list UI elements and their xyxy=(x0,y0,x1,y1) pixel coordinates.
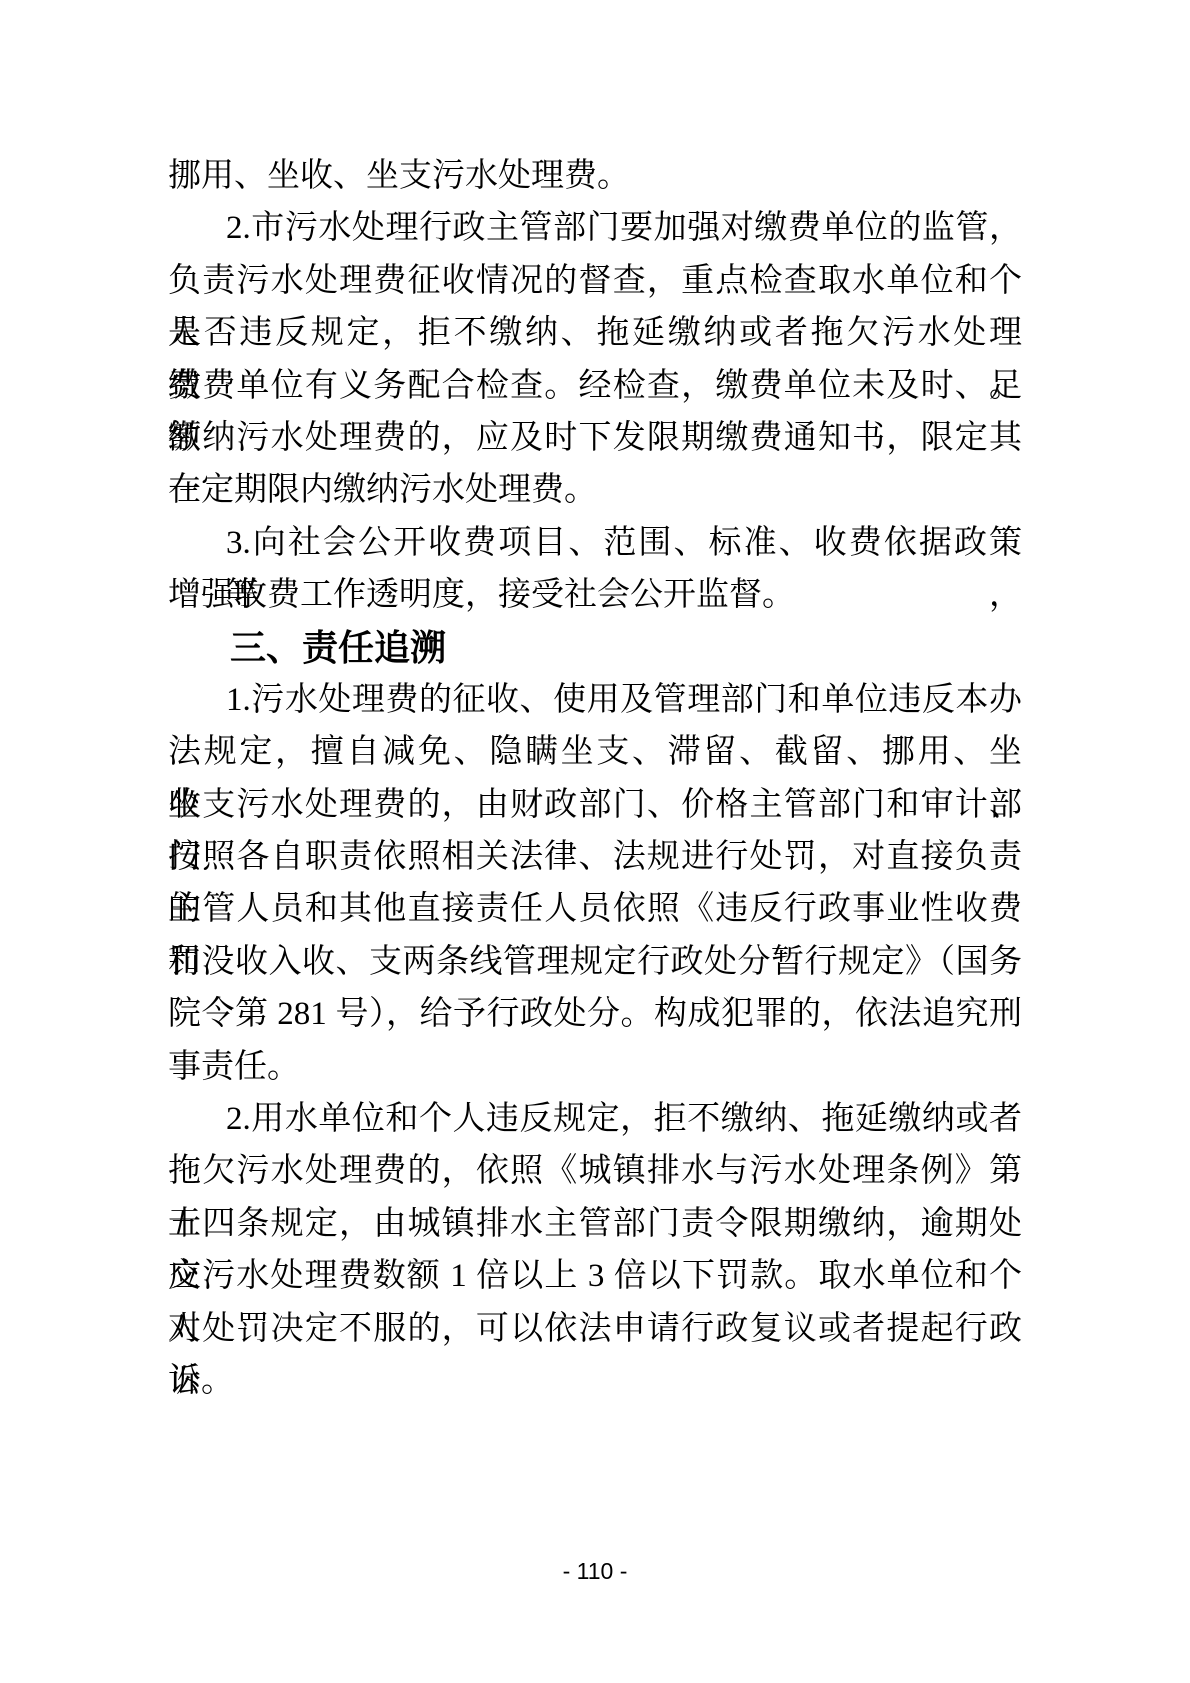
text-line: 主管人员和其他直接责任人员依照《违反行政事业性收费和 xyxy=(168,883,1022,935)
text-line: 坐支污水处理费的，由财政部门、价格主管部门和审计部门 xyxy=(168,779,1022,831)
text-line: 法规定，擅自减免、隐瞒坐支、滞留、截留、挪用、坐收、 xyxy=(168,726,1022,778)
text-line: 是否违反规定，拒不缴纳、拖延缴纳或者拖欠污水处理费。 xyxy=(168,307,1022,359)
text-line: 2.市污水处理行政主管部门要加强对缴费单位的监管， xyxy=(168,202,1022,254)
text-line: 1.污水处理费的征收、使用及管理部门和单位违反本办 xyxy=(168,674,1022,726)
text-line: 按照各自职责依照相关法律、法规进行处罚，对直接负责的 xyxy=(168,831,1022,883)
text-line: 交污水处理费数额 1 倍以上 3 倍以下罚款。取水单位和个人 xyxy=(168,1250,1022,1302)
document-page: 挪用、坐收、坐支污水处理费。2.市污水处理行政主管部门要加强对缴费单位的监管，负… xyxy=(0,0,1190,1683)
text-line: 缴费单位有义务配合检查。经检查，缴费单位未及时、足额 xyxy=(168,360,1022,412)
text-line: 一定期限内缴纳污水处理费。 xyxy=(168,464,1022,516)
text-line: 十四条规定，由城镇排水主管部门责令限期缴纳，逾期处应 xyxy=(168,1198,1022,1250)
text-line: 事责任。 xyxy=(168,1041,1022,1093)
text-line: 院令第 281 号），给予行政处分。构成犯罪的，依法追究刑 xyxy=(168,988,1022,1040)
text-line: 缴纳污水处理费的，应及时下发限期缴费通知书，限定其在 xyxy=(168,412,1022,464)
document-body: 挪用、坐收、坐支污水处理费。2.市污水处理行政主管部门要加强对缴费单位的监管，负… xyxy=(168,150,1022,1407)
text-line: 负责污水处理费征收情况的督查，重点检查取水单位和个人 xyxy=(168,255,1022,307)
text-line: 罚没收入收、支两条线管理规定行政处分暂行规定》（国务 xyxy=(168,936,1022,988)
page-number: - 110 - xyxy=(0,1556,1190,1586)
section-heading: 三、责任追溯 xyxy=(168,622,1022,674)
text-line: 2.用水单位和个人违反规定，拒不缴纳、拖延缴纳或者 xyxy=(168,1093,1022,1145)
text-line: 挪用、坐收、坐支污水处理费。 xyxy=(168,150,1022,202)
text-line: 拖欠污水处理费的，依照《城镇排水与污水处理条例》第五 xyxy=(168,1145,1022,1197)
text-line: 3.向社会公开收费项目、范围、标准、收费依据政策等， xyxy=(168,517,1022,569)
text-line: 对处罚决定不服的，可以依法申请行政复议或者提起行政诉 xyxy=(168,1303,1022,1355)
text-line: 讼。 xyxy=(168,1355,1022,1407)
